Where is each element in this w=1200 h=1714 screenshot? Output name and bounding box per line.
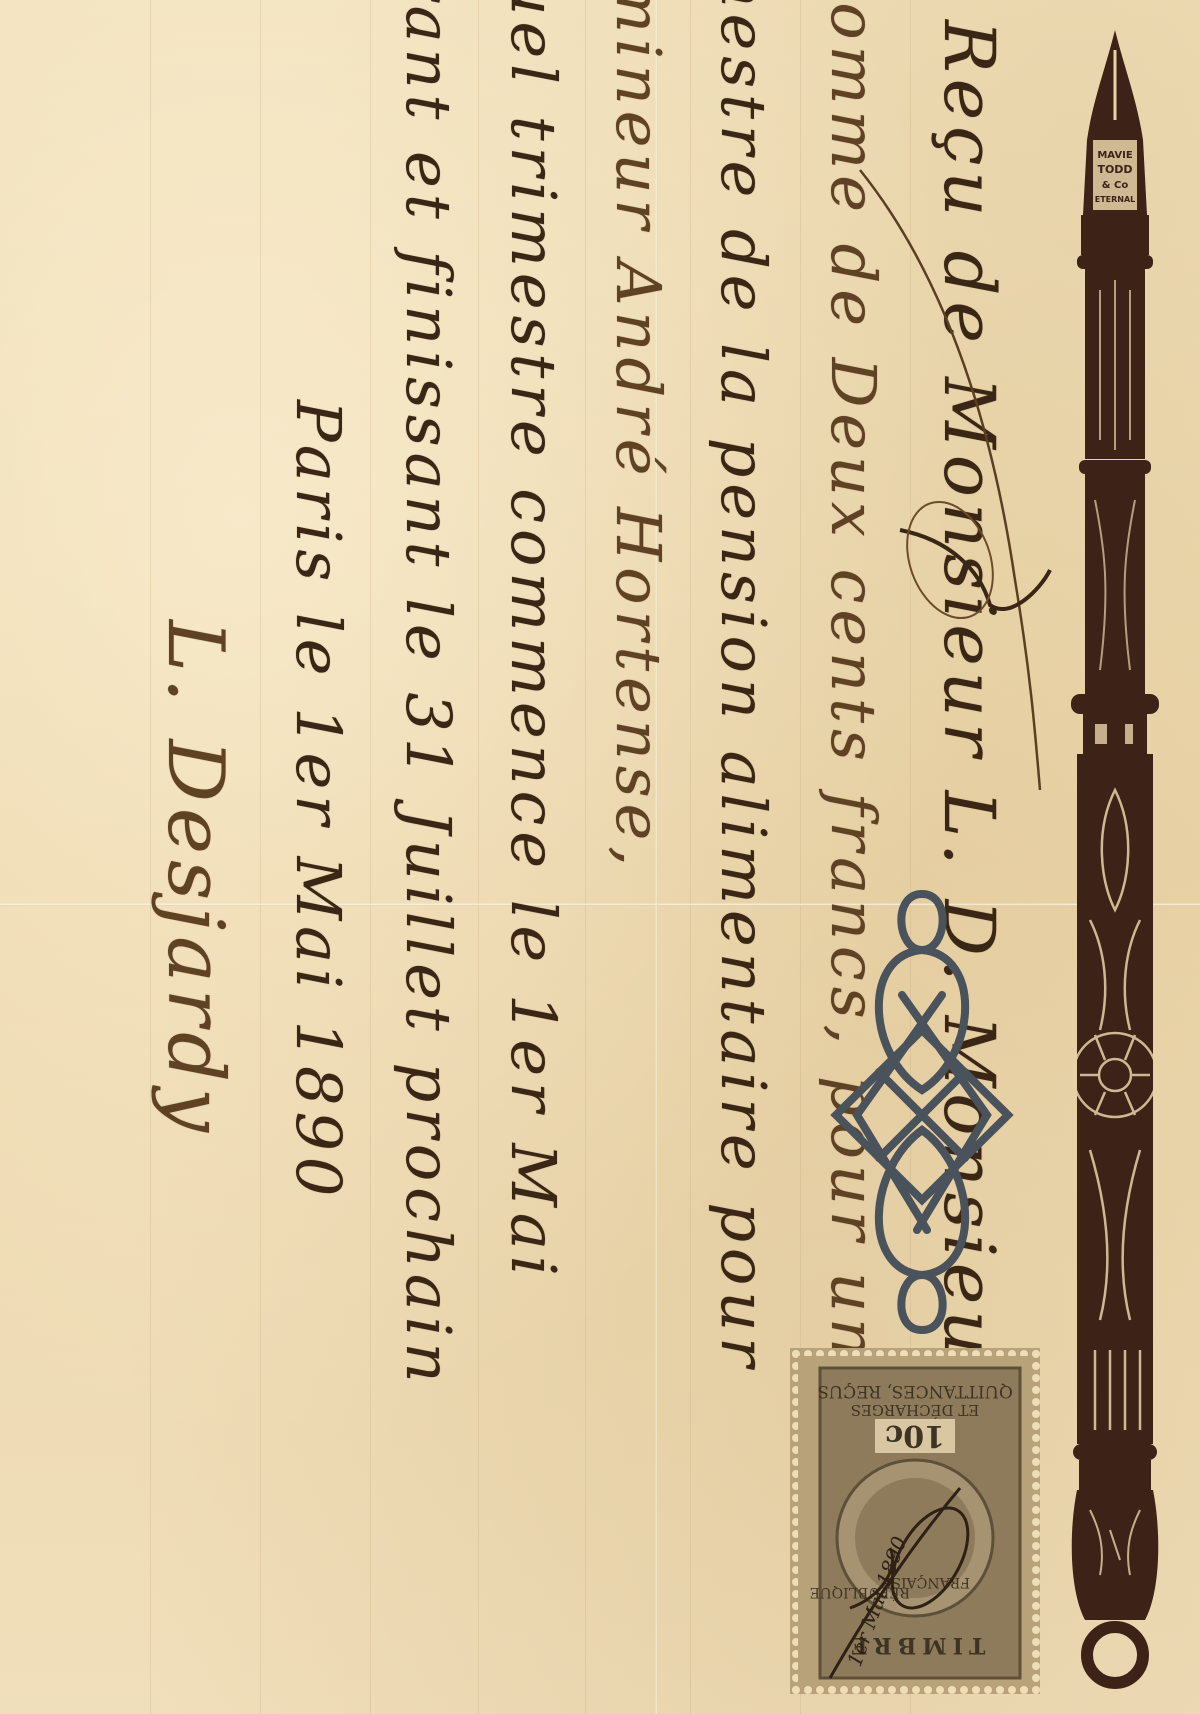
stamp-value: 10c (885, 1418, 945, 1453)
nib-engraving: ETERNAL (1095, 195, 1136, 204)
nib-engraving: MAVIE (1097, 150, 1132, 161)
nib-engraving: TODD (1097, 163, 1132, 176)
nib-engraving: & Co (1102, 180, 1129, 191)
fountain-pen-icon: MAVIE TODD & Co ETERNAL (1055, 30, 1175, 1690)
ornamental-knot-icon (822, 880, 1022, 1340)
stamp-top-text: QUITTANCES, REÇUS (817, 1381, 1013, 1401)
handwritten-line: Trimestre de la pension alimentaire pour (707, 0, 780, 1373)
date-line: Paris le 1er Mai 1890 (282, 400, 355, 1202)
stamp-second-text: ET DÉCHARGES (851, 1401, 980, 1419)
revenue-stamp: QUITTANCES, REÇUS ET DÉCHARGES 10c FRANÇ… (790, 1348, 1040, 1694)
handwritten-line: courant et finissant le 31 Juillet proch… (392, 0, 465, 1389)
signature-flourish-icon (780, 150, 1080, 800)
signature: L. Desjardy (150, 620, 240, 1138)
handwritten-line: le mineur André Hortense, (602, 0, 675, 872)
handwritten-line: Lequel trimestre commence le 1er Mai (497, 0, 570, 1282)
